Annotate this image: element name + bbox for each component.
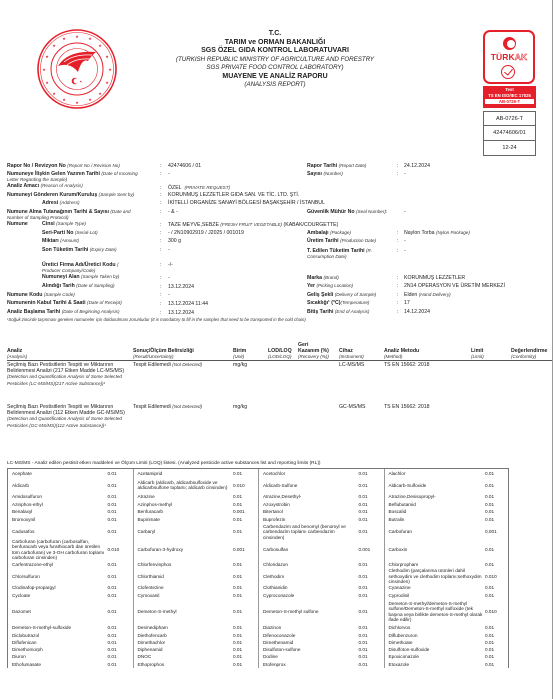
purpose-value: ÖZEL (PRIVATE REQUEST) bbox=[168, 185, 230, 192]
type-value: TAZE MEYVE,SEBZE (FRESH FRUIT VEGETABLE)… bbox=[168, 222, 338, 229]
production-value: - bbox=[404, 238, 406, 245]
number-label: Sayısı (Number) bbox=[307, 171, 343, 178]
loq-row: Diflubenzuron0.01 bbox=[385, 632, 511, 639]
loq-row: Bitertanol0.01 bbox=[259, 509, 384, 516]
loq-value: 0.01 bbox=[108, 654, 130, 660]
result-lcmsms: Tespit Edilemedi (Not Detected) bbox=[133, 362, 202, 368]
substance-name: Bupirimate bbox=[138, 517, 234, 523]
loq-row: Disulfoton-sulfoxide0.01 bbox=[385, 646, 511, 653]
loq-row: Dimethachlor0.01 bbox=[134, 639, 259, 646]
page-edge bbox=[552, 0, 553, 699]
substance-name: Dimethoate bbox=[389, 640, 486, 646]
substance-name: Carbendazim and benomyl (benomyl ve carb… bbox=[263, 524, 359, 541]
col-header-method: Analiz Metodu(Method) bbox=[384, 348, 419, 360]
end-value: 14.12.2024 bbox=[404, 309, 430, 316]
taken-by-value: - bbox=[168, 275, 170, 282]
loq-value: 0.01 bbox=[233, 517, 255, 523]
colon: : bbox=[397, 300, 398, 307]
report-no-value: 42474606 / 01 bbox=[168, 163, 201, 170]
loq-value: 0.01 bbox=[108, 471, 130, 477]
colon: : bbox=[160, 185, 161, 192]
sample-info-section: Rapor No / Revizyon No (Report No / Revi… bbox=[0, 0, 554, 335]
sample-label: Numune bbox=[7, 221, 28, 228]
loq-row: Carbofuran (carbofuran (carbosulfan, ben… bbox=[8, 540, 133, 560]
report-no-label: Rapor No / Revizyon No (Report No / Revi… bbox=[7, 163, 120, 170]
substance-name: Etofenprox bbox=[263, 662, 359, 668]
loq-column: Acetochlor0.01Aldicarb-Sulfone0.01Atrazi… bbox=[259, 469, 385, 668]
loq-row: Clethodim (parçalanma ürünleri dahil set… bbox=[385, 569, 511, 583]
loq-row: Clethodim0.01 bbox=[259, 569, 384, 583]
substance-name: Carboxin bbox=[389, 547, 486, 553]
substance-name: Bitertanol bbox=[263, 509, 359, 515]
loq-row: Dazomet0.01 bbox=[8, 600, 133, 624]
substance-name: Acephate bbox=[12, 471, 108, 477]
loq-value: 0.01 bbox=[359, 593, 381, 599]
substance-name: Bromoxynil bbox=[12, 517, 108, 523]
substance-name: Diflubenzuron bbox=[389, 633, 486, 639]
substance-name: Carbofuran (carbofuran (carbosulfan, ben… bbox=[12, 539, 108, 561]
loq-value: 0.01 bbox=[485, 593, 507, 599]
loq-row: Carbofuran-3-hydroxy0.001 bbox=[134, 540, 259, 560]
incoming-letter-value: - bbox=[168, 171, 170, 178]
loq-value: 0.01 bbox=[359, 483, 381, 489]
loq-value: 0.01 bbox=[359, 494, 381, 500]
loq-value: 0.01 bbox=[485, 633, 507, 639]
loq-row: Carbendazim and benomyl (benomyl ve carb… bbox=[259, 524, 384, 540]
method-lcmsms: TS EN 15662: 2018 bbox=[384, 362, 430, 368]
col-header-conformity: Değerlendirme(Conformity) bbox=[511, 348, 547, 360]
loq-row: Chloridazon0.01 bbox=[259, 560, 384, 570]
loq-row: Azinphos-ethyl0.01 bbox=[8, 501, 133, 508]
loq-value: 0.01 bbox=[108, 529, 130, 535]
taken-by-label: Numuneyi Alan (Sample Taken by) bbox=[42, 274, 119, 281]
loq-value: 0.01 bbox=[485, 547, 507, 553]
loq-row: Dimethenamid0.01 bbox=[259, 639, 384, 646]
location-label: Yer (Picking Location) bbox=[307, 283, 353, 290]
substance-name: Atrazine,Desethyl- bbox=[263, 494, 359, 500]
substance-name: Clofentezine bbox=[138, 585, 234, 591]
receipt-label: Numunenin Kabul Tarihi & Saati (Date of … bbox=[7, 300, 122, 307]
loq-value: 0.01 bbox=[233, 494, 255, 500]
loq-value: 0.01 bbox=[359, 585, 381, 591]
loq-row: Azinphos-methyl0.01 bbox=[134, 501, 259, 508]
loq-value: 0.01 bbox=[485, 647, 507, 653]
substance-name: Atrazine,Desisopropyl- bbox=[389, 494, 486, 500]
loq-value: 0.01 bbox=[485, 471, 507, 477]
loq-value: 0.01 bbox=[359, 471, 381, 477]
substance-name: Disulfoton-sulfoxide bbox=[389, 647, 486, 653]
substance-name: Atrazine bbox=[138, 494, 234, 500]
substance-name: Dodine bbox=[263, 654, 359, 660]
substance-name: DNOC bbox=[138, 654, 234, 660]
loq-row: Cyprodinil0.01 bbox=[385, 592, 511, 599]
substance-name: Demeton-S-methyl sulfone bbox=[263, 609, 359, 615]
loq-value: 0.01 bbox=[233, 625, 255, 631]
substance-name: Cycloate bbox=[12, 593, 108, 599]
sampling-date-value: 13.12.2024 bbox=[168, 284, 194, 291]
receipt-value: 13.12.2024 11:44 bbox=[168, 301, 208, 308]
production-label: Üretim Tarihi (Production Date) bbox=[307, 238, 376, 245]
substance-name: Chlorsulfuron bbox=[12, 574, 108, 580]
loq-row: Cymoxanil0.01 bbox=[134, 592, 259, 599]
loq-row: Cyproconazole0.01 bbox=[259, 592, 384, 599]
loq-row: Clofentezine0.01 bbox=[134, 583, 259, 592]
protocol-value: - & - bbox=[168, 209, 178, 216]
substance-name: Aldicarb-Sulfone bbox=[263, 483, 359, 489]
loq-value: 0.01 bbox=[359, 654, 381, 660]
analysis-row-lcmsms: Seçilmiş Bazı Pestisitlerin Tespiti ve M… bbox=[7, 362, 125, 387]
substance-name: Carbofuran-3-hydroxy bbox=[138, 547, 234, 553]
substance-name: Cyprodinil bbox=[389, 593, 486, 599]
loq-row: Diethofencarb0.01 bbox=[134, 632, 259, 639]
purpose-label: Analiz Amacı (Reason of Analysis) bbox=[7, 183, 83, 190]
substance-name: Chlorthiamid bbox=[138, 574, 234, 580]
report-date-value: 24.12.2024 bbox=[404, 163, 430, 170]
loq-value: 0.01 bbox=[233, 609, 255, 615]
loq-row: Diphenamid0.01 bbox=[134, 646, 259, 653]
col-header-limit: Limit(Limit) bbox=[471, 348, 484, 360]
col-header-analysis: Analiz(Analysis) bbox=[7, 348, 27, 360]
loq-row: Benalaxyl0.01 bbox=[8, 509, 133, 516]
producer-value: -/- bbox=[168, 262, 173, 269]
analysis-row-gcmsms: Seçilmiş Bazı Pestisitlerin Tespiti ve M… bbox=[7, 404, 125, 429]
colon: : bbox=[160, 171, 161, 178]
colon: : bbox=[397, 309, 398, 316]
loq-value: 0.01 bbox=[359, 562, 381, 568]
substance-name: Ethofumasate bbox=[12, 662, 108, 668]
substance-name: Demeton-S-methyl-sulfoxide bbox=[12, 625, 108, 631]
substance-name: Dazomet bbox=[12, 609, 108, 615]
loq-value: 0.01 bbox=[233, 585, 255, 591]
substance-name: Dichlorvos bbox=[389, 625, 486, 631]
loq-value: 0.01 bbox=[108, 574, 130, 580]
loq-row: Chlorsulfuron0.01 bbox=[8, 569, 133, 583]
loq-value: 0.01 bbox=[108, 640, 130, 646]
substance-name: Cyproconazole bbox=[263, 593, 359, 599]
address-value: İKİTELLİ ORGANİZE SANAYİ BÖLGESİ BAŞAKŞE… bbox=[168, 200, 325, 207]
colon: : bbox=[160, 209, 161, 216]
substance-name: Acetochlor bbox=[263, 471, 359, 477]
temperature-label: Sıcaklığı¹ (°C)(Temperature) bbox=[307, 300, 369, 307]
loq-column: Alachlor0.01Aldicarb-Sulfoxide0.01Atrazi… bbox=[385, 469, 511, 668]
loq-row: Boscalid0.01 bbox=[385, 509, 511, 516]
loq-value: 0.01 bbox=[359, 662, 381, 668]
loq-row: Carbofuran0.001 bbox=[385, 524, 511, 540]
delivery-label: Geliş Şekli (Delivery of Sample) bbox=[307, 292, 376, 299]
unit-gcmsms: mg/kg bbox=[233, 404, 247, 410]
loq-value: 0.01 bbox=[233, 633, 255, 639]
loq-value: 0.010 bbox=[485, 609, 507, 615]
loq-row: Benfuracarb0.001 bbox=[134, 509, 259, 516]
address-label: Adresi (Address) bbox=[42, 200, 80, 207]
type-label: Cinsi (Sample Type) bbox=[42, 221, 86, 228]
loq-row: Alachlor0.01 bbox=[385, 469, 511, 478]
colon: : bbox=[397, 248, 398, 255]
package-value: Naylon Torba (Nylon Package) bbox=[404, 230, 470, 237]
substance-name: Chloridazon bbox=[263, 562, 359, 568]
rec-consumption-value: - bbox=[404, 248, 406, 255]
substance-name: Benalaxyl bbox=[12, 509, 108, 515]
col-header-lod: LOD/LOQ(LOD/LOQ) bbox=[268, 348, 292, 360]
substance-name: Clethodim (parçalanma ürünleri dahil set… bbox=[389, 568, 486, 585]
loq-row: Bupirimate0.01 bbox=[134, 516, 259, 524]
loq-row: Atrazine0.01 bbox=[134, 492, 259, 501]
substance-name: Clodinafop-propargyl bbox=[12, 585, 108, 591]
substance-name: Carfentrazone-ethyl bbox=[12, 562, 108, 568]
sent-by-value: KORUNMUŞ LEZZETLER GIDA SAN. VE TİC. LTD… bbox=[168, 192, 299, 199]
loq-value: 0.01 bbox=[359, 574, 381, 580]
loq-row: DNOC0.01 bbox=[134, 654, 259, 661]
loq-value: 0.01 bbox=[485, 483, 507, 489]
substance-name: Ethoprophos bbox=[138, 662, 234, 668]
loq-row: Ethoprophos0.01 bbox=[134, 661, 259, 668]
loq-value: 0.01 bbox=[485, 562, 507, 568]
substance-name: Cadusafos bbox=[12, 529, 108, 535]
loq-row: Acetamiprid0.01 bbox=[134, 469, 259, 478]
loq-value: 0.01 bbox=[233, 593, 255, 599]
loq-row: Epoxiconazole0.01 bbox=[385, 654, 511, 661]
seal-label: Güvenlik Mühür No (Seal Number): bbox=[307, 209, 387, 216]
substance-name: Dimethachlor bbox=[138, 640, 234, 646]
colon: : bbox=[160, 284, 161, 291]
colon: : bbox=[160, 247, 161, 254]
substance-name: Etoxazole bbox=[389, 662, 486, 668]
loq-row: Carboxin0.01 bbox=[385, 540, 511, 560]
report-date-label: Rapor Tarihi (Report Date) bbox=[307, 163, 366, 170]
substance-name: Aldicarb-Sulfoxide bbox=[389, 483, 486, 489]
package-label: Ambalajı (Package) bbox=[307, 230, 351, 237]
loq-row: Ethofumasate0.01 bbox=[8, 661, 133, 668]
loq-row: Carbaryl0.01 bbox=[134, 524, 259, 540]
loq-row: Cadusafos0.01 bbox=[8, 524, 133, 540]
loq-column: Acetamiprid0.01Aldicarb (aldicarb, aldic… bbox=[134, 469, 260, 668]
colon: : bbox=[160, 310, 161, 317]
sampling-date-label: Alındığı Tarih (Date of Sampling) bbox=[42, 283, 115, 290]
loq-row: Butralin0.01 bbox=[385, 516, 511, 524]
substance-name: Chlorfenvinphos bbox=[138, 562, 234, 568]
substance-name: Buprofezin bbox=[263, 517, 359, 523]
loq-row: Diazinon0.01 bbox=[259, 624, 384, 632]
loq-row: Dodine0.01 bbox=[259, 654, 384, 661]
colon: : bbox=[160, 200, 161, 207]
unit-lcmsms: mg/kg bbox=[233, 362, 247, 368]
loq-row: Chlorfenvinphos0.01 bbox=[134, 560, 259, 570]
loq-value: 0.01 bbox=[485, 585, 507, 591]
substance-name: Desmedipham bbox=[138, 625, 234, 631]
substance-name: Azinphos-methyl bbox=[138, 502, 234, 508]
loq-value: 0.01 bbox=[359, 502, 381, 508]
substance-name: Diethofencarb bbox=[138, 633, 234, 639]
loq-value: 0.01 bbox=[233, 562, 255, 568]
loq-row: Disulfoton-sulfone0.01 bbox=[259, 646, 384, 653]
loq-value: 0.01 bbox=[108, 609, 130, 615]
colon: : bbox=[397, 230, 398, 237]
substance-name: Diuron bbox=[12, 654, 108, 660]
loq-value: 0.01 bbox=[108, 585, 130, 591]
loq-value: 0.01 bbox=[485, 509, 507, 515]
loq-row: Acephate0.01 bbox=[8, 469, 133, 478]
substance-name: Amidosulfuron bbox=[12, 494, 108, 500]
lot-label: Seri-Parti No (Serial-Lot) bbox=[42, 230, 98, 237]
loq-value: 0.01 bbox=[233, 529, 255, 535]
substance-name: Azoxystrobin bbox=[263, 502, 359, 508]
loq-table: Acephate0.01Aldicarb0.01Amidosulfuron0.0… bbox=[7, 468, 509, 668]
loq-value: 0.01 bbox=[485, 654, 507, 660]
substance-name: Carbaryl bbox=[138, 529, 234, 535]
colon: : bbox=[397, 163, 398, 170]
loq-row: Aldicarb-Sulfone0.01 bbox=[259, 478, 384, 492]
expiry-label: Son Tüketim Tarihi (Expiry Date) bbox=[42, 247, 117, 254]
loq-value: 0.010 bbox=[485, 574, 507, 580]
loq-value: 0.001 bbox=[233, 509, 255, 515]
substance-name: Chlorpropham bbox=[389, 562, 486, 568]
loq-value: 0.01 bbox=[359, 609, 381, 615]
brand-label: Marka (Brand) bbox=[307, 275, 339, 282]
colon: : bbox=[397, 238, 398, 245]
sample-code-label: Numune Kodu (Sample Code) bbox=[7, 292, 75, 299]
loq-value: 0.01 bbox=[233, 640, 255, 646]
loq-value: 0.01 bbox=[108, 562, 130, 568]
substance-name: Dimethenamid bbox=[263, 640, 359, 646]
loq-value: 0.01 bbox=[233, 647, 255, 653]
loq-row: Dimethoate0.01 bbox=[385, 639, 511, 646]
loq-row: Demeton-S-methyl-sulfoxide0.01 bbox=[8, 624, 133, 632]
loq-value: 0.01 bbox=[233, 574, 255, 580]
seal-value: - bbox=[404, 209, 406, 216]
loq-value: 0.01 bbox=[108, 517, 130, 523]
amount-value: 300 g bbox=[168, 238, 181, 245]
substance-name: Butralin bbox=[389, 517, 486, 523]
loq-value: 0.01 bbox=[108, 494, 130, 500]
substance-name: Clothianidin bbox=[263, 585, 359, 591]
colon: : bbox=[160, 192, 161, 199]
substance-name: Demeton-S-methyl/demeton-S-methyl sulfon… bbox=[389, 601, 486, 623]
end-label: Bitiş Tarihi (End of Analysis) bbox=[307, 309, 369, 316]
loq-row: Aldicarb-Sulfoxide0.01 bbox=[385, 478, 511, 492]
col-header-unit: Birim(Unit) bbox=[233, 348, 246, 360]
analysis-report-page: ★ ★ ★ ★ ★ ★ ★ ★ ★ ★ ★ ★ ★ ★ ★ ★ ★ T.C. T… bbox=[0, 0, 554, 699]
amount-label: Miktarı (Amount) bbox=[42, 238, 79, 245]
colon: : bbox=[160, 275, 161, 282]
loq-row: Clodinafop-propargyl0.01 bbox=[8, 583, 133, 592]
loq-value: 0.01 bbox=[359, 529, 381, 535]
rec-consumption-label-en: Consumption Date) bbox=[307, 254, 347, 261]
expiry-value: - bbox=[168, 247, 170, 254]
loq-value: 0.01 bbox=[485, 502, 507, 508]
substance-name: Boscalid bbox=[389, 509, 486, 515]
substance-name: Difenoconazole bbox=[263, 633, 359, 639]
substance-name: Diphenamid bbox=[138, 647, 234, 653]
loq-row: Demeton-S-methyl sulfone0.01 bbox=[259, 600, 384, 624]
substance-name: Demeton-S-methyl bbox=[138, 609, 234, 615]
substance-name: Dimethomorph bbox=[12, 647, 108, 653]
loq-row: Clothianidin0.01 bbox=[259, 583, 384, 592]
substance-name: Cyanazine bbox=[389, 585, 486, 591]
substance-name: Acetamiprid bbox=[138, 471, 234, 477]
loq-value: 0.01 bbox=[359, 640, 381, 646]
loq-value: 0.01 bbox=[359, 633, 381, 639]
loq-value: 0.01 bbox=[108, 483, 130, 489]
substance-name: Cymoxanil bbox=[138, 593, 234, 599]
colon: : bbox=[397, 283, 398, 290]
loq-row: Chlorthiamid0.01 bbox=[134, 569, 259, 583]
loq-value: 0.001 bbox=[485, 529, 507, 535]
delivery-value: Elden (Hand Delivery) bbox=[404, 292, 451, 299]
loq-value: 0.001 bbox=[359, 547, 381, 553]
loq-row: Dichlorvos0.01 bbox=[385, 624, 511, 632]
col-header-instrument: Cihaz(Instrument) bbox=[339, 348, 364, 360]
loq-row: Desmedipham0.01 bbox=[134, 624, 259, 632]
loq-table-caption: LC-MS/MS - Analiz edilen pestisit etken … bbox=[7, 461, 321, 466]
loq-value: 0.01 bbox=[108, 625, 130, 631]
instrument-gcmsms: GC-MS/MS bbox=[339, 404, 366, 410]
sample-code-value: - bbox=[168, 292, 170, 299]
loq-value: 0.01 bbox=[108, 662, 130, 668]
loq-value: 0.01 bbox=[485, 494, 507, 500]
loq-row: Bromoxynil0.01 bbox=[8, 516, 133, 524]
result-gcmsms: Tespit Edilemedi (Not Detected) bbox=[133, 404, 202, 410]
start-label: Analiz Başlama Tarihi (Date of Beginning… bbox=[7, 309, 120, 316]
loq-row: Diclobutrazol0.01 bbox=[8, 632, 133, 639]
method-gcmsms: TS EN 15662: 2018 bbox=[384, 404, 430, 410]
substance-name: Beflubutamid bbox=[389, 502, 486, 508]
loq-value: 0.01 bbox=[359, 647, 381, 653]
loq-value: 0.01 bbox=[233, 502, 255, 508]
loq-value: 0.01 bbox=[485, 662, 507, 668]
loq-row: Amidosulfuron0.01 bbox=[8, 492, 133, 501]
substance-name: Disulfoton-sulfone bbox=[263, 647, 359, 653]
loq-row: Carbosulfan0.001 bbox=[259, 540, 384, 560]
sent-by-label: Numuneyi Gönderen Kurum/Kuruluş (Sample … bbox=[7, 192, 134, 199]
substance-name: Benfuracarb bbox=[138, 509, 234, 515]
loq-row: Etofenprox0.01 bbox=[259, 661, 384, 668]
substance-name: Azinphos-ethyl bbox=[12, 502, 108, 508]
colon: : bbox=[397, 292, 398, 299]
loq-row: Aldicarb (aldicarb, aldicarbsulfoxide ve… bbox=[134, 478, 259, 492]
substance-name: Clethodim bbox=[263, 574, 359, 580]
substance-name: Alachlor bbox=[389, 471, 486, 477]
loq-value: 0.01 bbox=[485, 640, 507, 646]
lot-value: - / 2N10902919 / J2025 / 001019 bbox=[168, 230, 244, 237]
loq-value: 0.01 bbox=[485, 625, 507, 631]
colon: : bbox=[397, 171, 398, 178]
loq-value: 0.01 bbox=[359, 625, 381, 631]
loq-row: Aldicarb0.01 bbox=[8, 478, 133, 492]
loq-value: 0.01 bbox=[359, 509, 381, 515]
brand-value: KORUNMUŞ LEZZETLER bbox=[404, 275, 465, 282]
loq-row: Demeton-S-methyl0.01 bbox=[134, 600, 259, 624]
loq-value: 0.01 bbox=[108, 502, 130, 508]
substance-name: Aldicarb (aldicarb, aldicarbsulfoxide ve… bbox=[138, 480, 234, 491]
cold-chain-footnote: ¹Soğuk zincirde taşınması gereken numune… bbox=[7, 317, 306, 322]
loq-row: Acetochlor0.01 bbox=[259, 469, 384, 478]
colon: : bbox=[160, 292, 161, 299]
loq-row: Cyanazine0.01 bbox=[385, 583, 511, 592]
col-header-recovery: GeriKazanım (%)(Recovery (%)) bbox=[298, 342, 329, 361]
loq-row: Diflufenican0.01 bbox=[8, 639, 133, 646]
col-header-result: Sonuç/Ölçüm Belirsizliği(Result/Uncertai… bbox=[133, 348, 194, 360]
substance-name: Diazinon bbox=[263, 625, 359, 631]
loq-value: 0.010 bbox=[233, 483, 255, 489]
colon: : bbox=[397, 275, 398, 282]
number-value: - bbox=[404, 171, 406, 178]
loq-row: Diuron0.01 bbox=[8, 654, 133, 661]
loq-value: 0.01 bbox=[108, 647, 130, 653]
loq-row: Atrazine,Desisopropyl-0.01 bbox=[385, 492, 511, 501]
loq-row: Beflubutamid0.01 bbox=[385, 501, 511, 508]
loq-value: 0.01 bbox=[359, 517, 381, 523]
loq-value: 0.01 bbox=[233, 662, 255, 668]
